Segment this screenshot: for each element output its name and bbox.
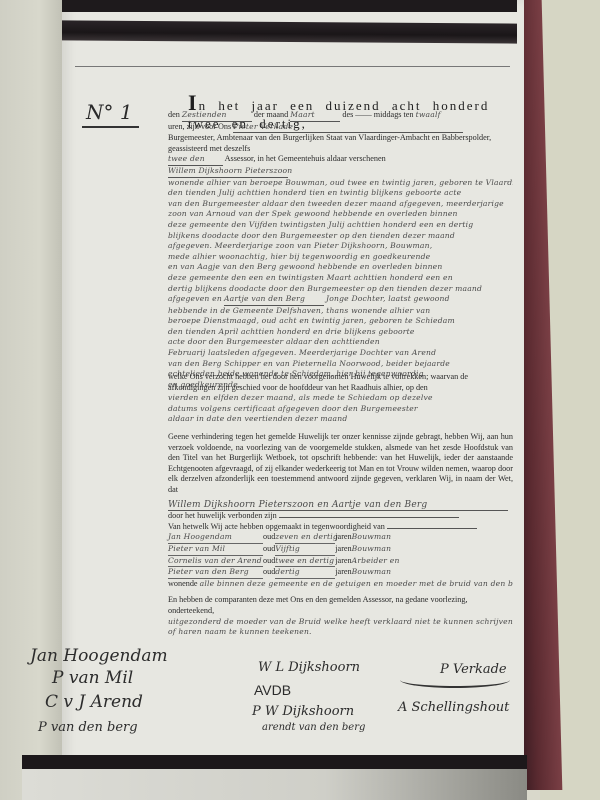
label-jaren: jaren <box>335 567 351 579</box>
announcement-details: vierden en elfden dezer maand, als mede … <box>168 393 513 425</box>
handwritten-line: en van Aagje van den Berg gewoond hebben… <box>168 262 513 273</box>
witness-list: Jan Hoogendam oud zeven en dertig jaren … <box>168 532 513 578</box>
witness-name: Cornelis van der Arend <box>168 556 263 568</box>
handwritten-line: den tienden April achttien honderd en dr… <box>168 327 513 338</box>
witness-age: zeven en dertig <box>275 532 335 544</box>
handwritten-line: acte door den Burgemeester aldaar den ac… <box>168 337 513 348</box>
label-jaren: jaren <box>335 544 351 556</box>
witness-name: Pieter van den Berg <box>168 567 263 579</box>
date-line: den Zestienden der maand Maart des —— mi… <box>168 110 513 122</box>
handwritten-line: dertig blijkens doodacte door den Burgem… <box>168 284 513 295</box>
handwritten-line: deze gemeente den Vijfden twintigsten Ju… <box>168 220 513 231</box>
label-jaren: jaren <box>335 532 351 544</box>
label-oud: oud <box>263 567 275 579</box>
residence-label: wonende <box>168 579 198 588</box>
top-page-shadow <box>62 20 517 43</box>
label-oud: oud <box>263 532 275 544</box>
witness-age: Vijftig <box>275 544 335 556</box>
witness-occupation: Bouwman <box>352 532 462 544</box>
entry-number: N° 1 <box>82 100 139 128</box>
label-oud: oud <box>263 544 275 556</box>
witness-occupation: Bouwman <box>352 544 462 556</box>
handwritten-line: Februarij laatsleden afgegeven. Meerderj… <box>168 348 513 359</box>
handwritten-line: van den Burgemeester aldaar den tweeden … <box>168 199 513 210</box>
top-rule <box>75 66 510 67</box>
top-dark-band <box>62 0 517 12</box>
signature-flourish <box>400 672 510 688</box>
witness-name: Jan Hoogendam <box>168 532 263 544</box>
assessor-count: twee den <box>168 154 223 166</box>
witness-row: Pieter van den Berg oud dertig jaren Bou… <box>168 567 513 579</box>
printed-intro-2: Assessor, in het Gemeentehuis aldaar ver… <box>225 154 386 163</box>
handwritten-line: vierden en elfden dezer maand, als mede … <box>168 393 513 404</box>
closing-printed: En hebben de comparanten deze met Ons en… <box>168 595 513 616</box>
witness-occupation: Arbeider en <box>352 556 462 568</box>
groom-name: Willem Dijkshoorn Pieterszoon <box>168 166 288 178</box>
handwritten-line: van den Berg Schipper en van Pieternella… <box>168 359 513 370</box>
handwritten-line: datums volgens certificaat afgegeven doo… <box>168 404 513 415</box>
signature-p-w-dijkshoorn: P W Dijkshoorn <box>252 704 354 719</box>
handwritten-line: blijkens doodacte door den Burgemeester … <box>168 231 513 242</box>
handwritten-line: afgegeven. Meerderjarige zoon van Pieter… <box>168 241 513 252</box>
month-field: Maart <box>290 110 340 122</box>
witnesses-intro: Van hetwelk Wij acte hebben opgemaakt in… <box>168 522 385 531</box>
signature-avdb: AVDB <box>254 682 291 698</box>
official-name: Pieter Verkade <box>233 122 463 134</box>
witness-name: Pieter van Mil <box>168 544 263 556</box>
witness-age: dertig <box>275 567 335 579</box>
signature-a-schellingshout: A Schellingshout <box>398 700 509 715</box>
printed-intro-1: Burgemeester, Ambtenaar van den Burgerli… <box>168 133 513 154</box>
handwritten-line: deze gemeente den een en twintigsten Maa… <box>168 273 513 284</box>
bottom-page-edge <box>22 769 527 800</box>
bride-name: Aartje van den Berg <box>224 294 324 306</box>
opening-block: den Zestienden der maand Maart des —— mi… <box>168 110 513 390</box>
signature-p-van-mil: P van Mil <box>52 668 133 688</box>
united-text: door het huwelijk verbonden zijn <box>168 511 277 520</box>
label-oud: oud <box>263 556 275 568</box>
request-block: welke Ons verzocht hebben het door hen v… <box>168 372 513 425</box>
witness-age: twee en dertig <box>275 556 335 568</box>
handwritten-line: mede alhier woonachtig, hier bij tegenwo… <box>168 252 513 263</box>
witness-row: Cornelis van der Arend oud twee en derti… <box>168 556 513 568</box>
witness-occupation: Bouwman <box>352 567 462 579</box>
official-line: uren, zijn voor Ons Pieter Verkade <box>168 122 513 134</box>
witness-row: Pieter van Mil oud Vijftig jaren Bouwman <box>168 544 513 556</box>
day-field: Zestienden <box>182 110 252 122</box>
label-jaren: jaren <box>335 556 351 568</box>
signature-c-arend: C v J Arend <box>45 692 143 712</box>
signature-arendt-van-den-berg: arendt van den berg <box>262 722 365 733</box>
closing-handwritten: uitgezonderd de moeder van de Bruid welk… <box>168 617 513 638</box>
handwritten-line: hebbende in de Gemeente Delfshaven, than… <box>168 306 513 317</box>
groom-paragraph: wonende alhier van beroepe Bouwman, oud … <box>168 178 513 295</box>
declaration-printed: Geene verhindering tegen het gemelde Huw… <box>168 432 513 496</box>
residence-text: alle binnen deze gemeente en de getuigen… <box>200 579 513 588</box>
handwritten-line: wonende alhier van beroepe Bouwman, oud … <box>168 178 513 189</box>
handwritten-line: beroepe Dienstmaagd, oud acht en twintig… <box>168 316 513 327</box>
request-printed: welke Ons verzocht hebben het door hen v… <box>168 372 513 393</box>
handwritten-line: aldaar in date den veertienden dezer maa… <box>168 414 513 425</box>
witness-row: Jan Hoogendam oud zeven en dertig jaren … <box>168 532 513 544</box>
couple-names: Willem Dijkshoorn Pieterszoon en Aartje … <box>168 500 508 512</box>
signature-w-dijkshoorn: W L Dijkshoorn <box>258 660 360 675</box>
declaration-block: Geene verhindering tegen het gemelde Huw… <box>168 432 513 638</box>
hour-field: twaalf <box>416 110 441 119</box>
bottom-dark-band <box>22 755 527 769</box>
handwritten-line: zoon van Arnoud van der Spek gewoond heb… <box>168 209 513 220</box>
handwritten-line: den tienden Julij achttien honderd tien … <box>168 188 513 199</box>
signature-jan-hoogendam: Jan Hoogendam <box>30 646 168 666</box>
signature-p-van-den-berg: P van den berg <box>38 720 138 735</box>
